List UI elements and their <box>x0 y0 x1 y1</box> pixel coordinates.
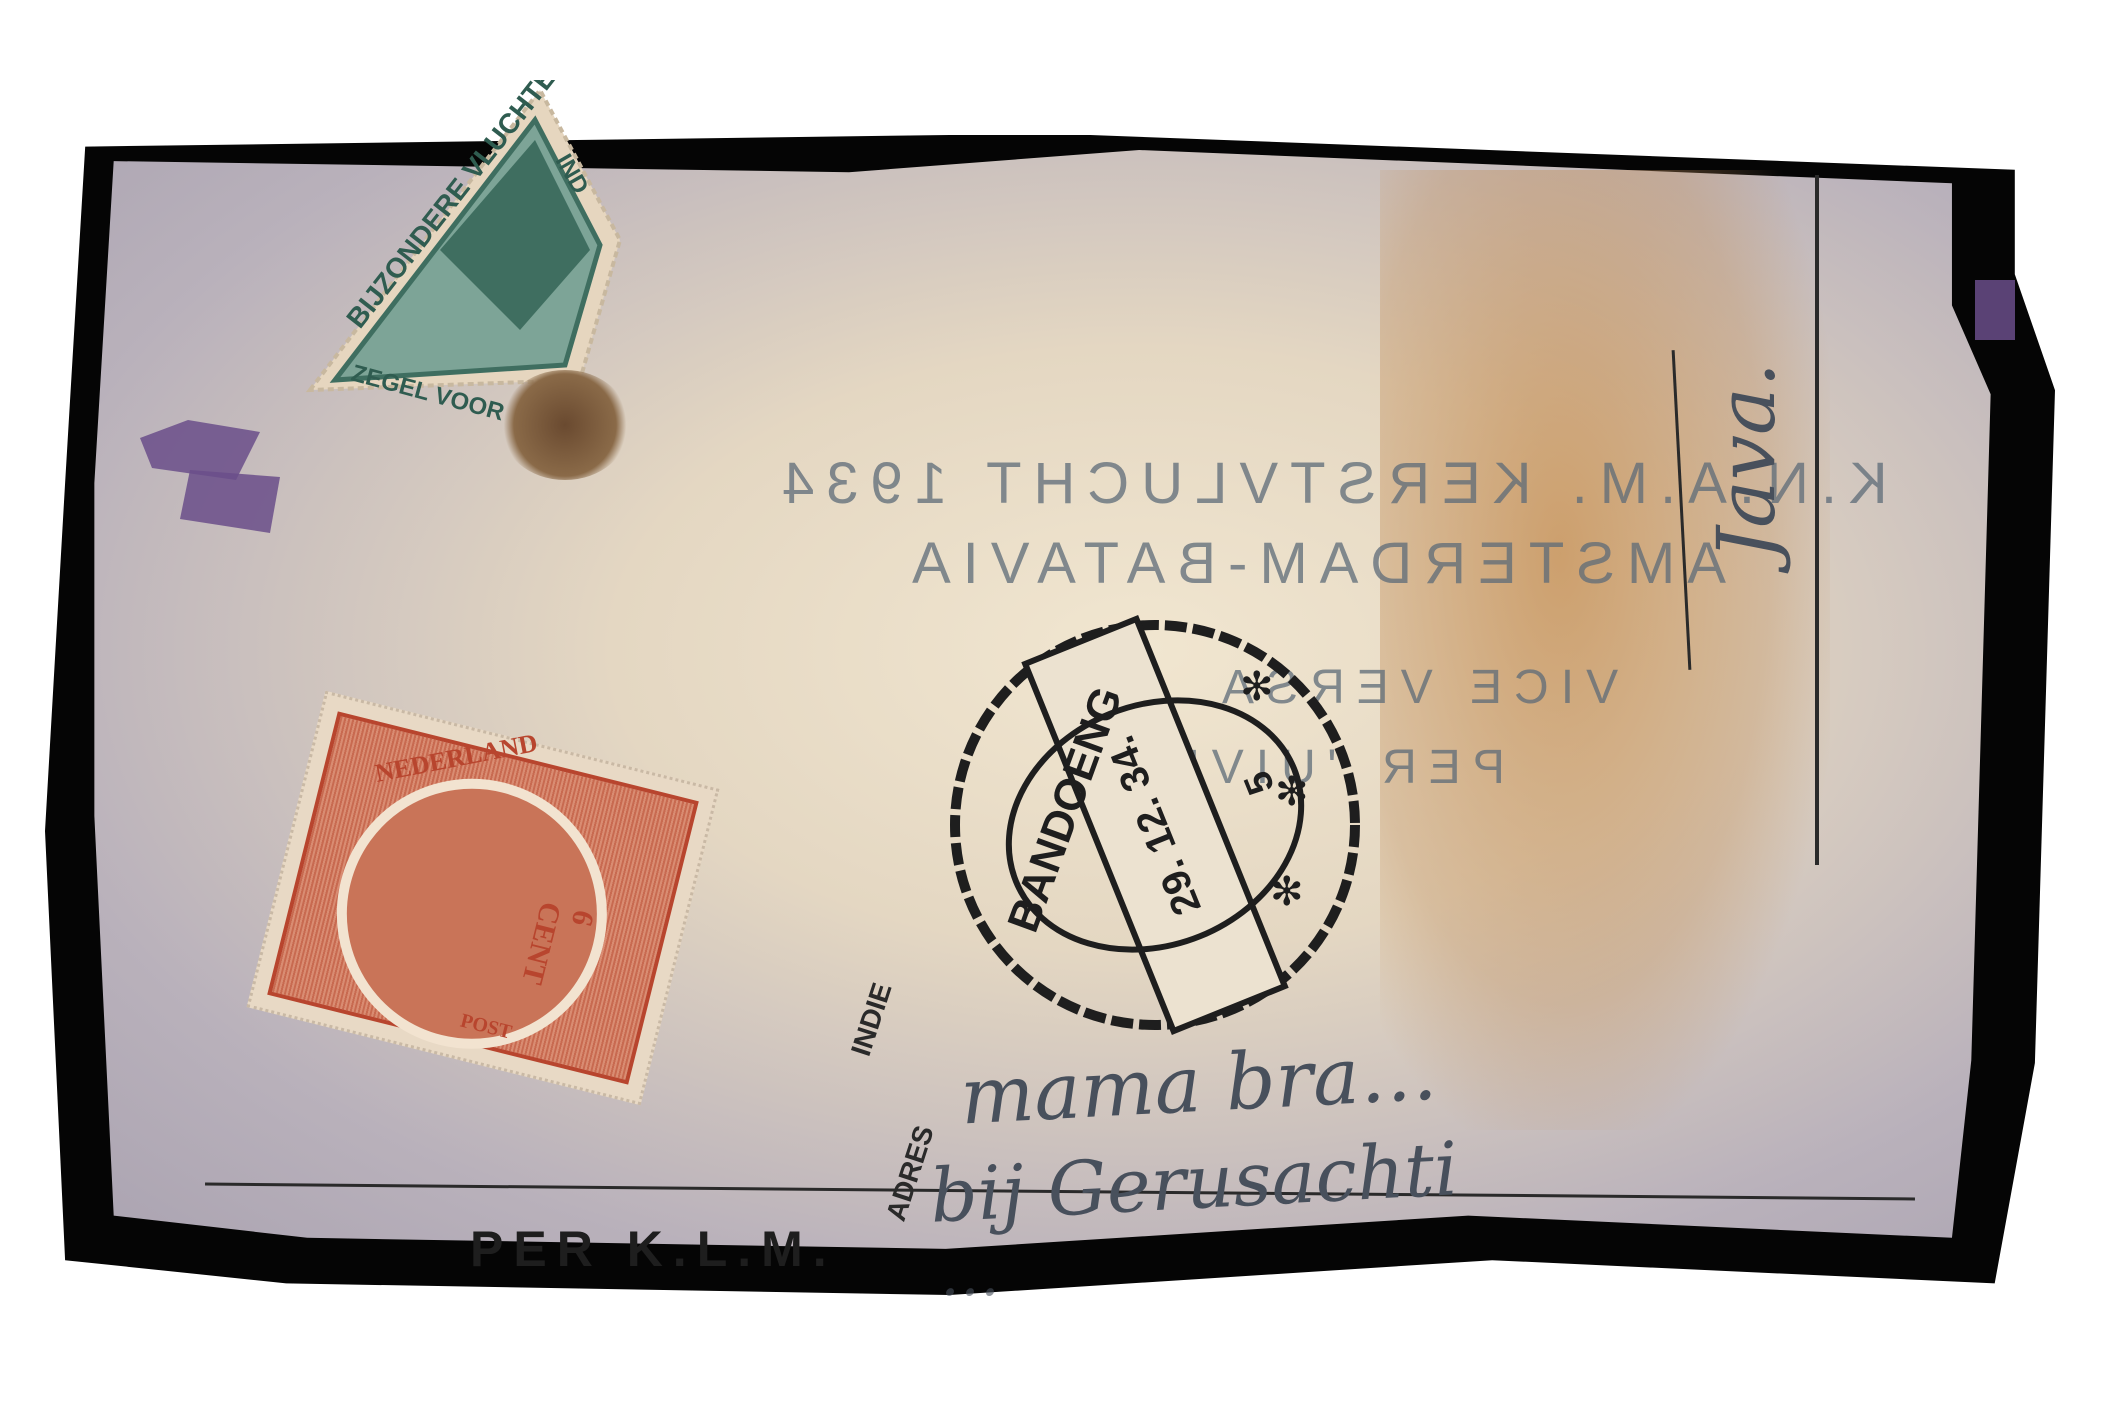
brown-stain <box>500 370 630 480</box>
handwritten-java: Java. <box>1700 362 1793 560</box>
bandoeng-postmark: 29. 12. 34. 5 BANDOENG ✻ ✻ ✻ <box>935 605 1375 1045</box>
per-klm-label: PER K.L.M. <box>470 1220 837 1278</box>
svg-text:✻: ✻ <box>1270 870 1304 914</box>
handwritten-address-line3: … <box>940 1240 1000 1310</box>
svg-text:✻: ✻ <box>1240 665 1274 709</box>
printed-rule-vertical <box>1815 175 1819 865</box>
burn-stain <box>1380 170 1830 1130</box>
purple-paper-fragment <box>1975 280 2015 340</box>
mirrored-header-line2: AMSTERDAM-BATAVIA <box>900 530 1726 597</box>
svg-text:✻: ✻ <box>1275 770 1309 814</box>
green-triangle-stamp: BIJZONDERE VLUCHTEN ZEGEL VOOR IND <box>290 80 710 460</box>
